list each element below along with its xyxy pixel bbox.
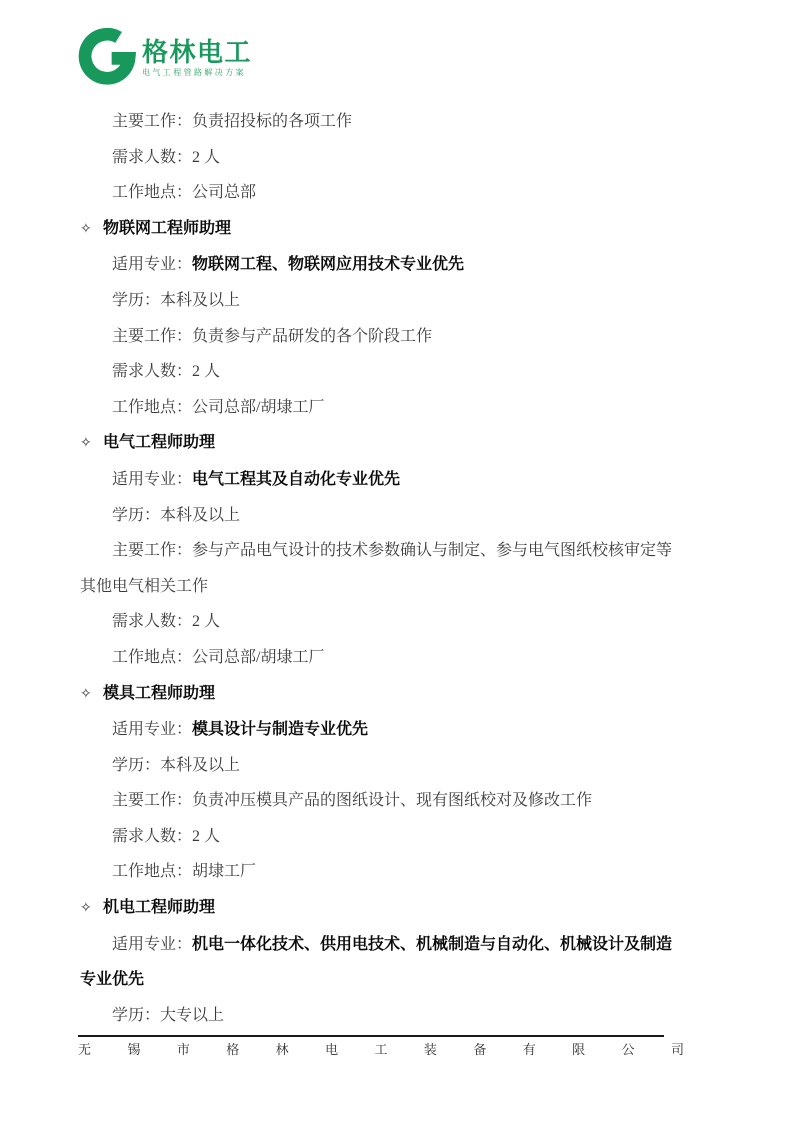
- diamond-bullet-icon: ✧: [80, 677, 103, 713]
- footer-company-name: 无锡市格林电工装备有限公司: [78, 1040, 684, 1060]
- field-value: 模具设计与制造专业优先: [192, 721, 368, 738]
- job-title: ✧模具工程师助理: [80, 676, 677, 713]
- field-label: 适用专业：: [112, 721, 192, 738]
- document-body: 主要工作：负责招投标的各项工作 需求人数：2 人 工作地点：公司总部 ✧物联网工…: [80, 104, 677, 1033]
- field-label: 学历：: [112, 507, 160, 524]
- job-title-text: 模具工程师助理: [103, 685, 215, 702]
- field-value: 负责招投标的各项工作: [192, 113, 352, 130]
- field-line: 工作地点：公司总部: [80, 175, 677, 211]
- field-line: 学历：本科及以上: [80, 498, 677, 534]
- job-title: ✧机电工程师助理: [80, 890, 677, 927]
- field-value: 2 人: [192, 149, 220, 166]
- diamond-bullet-icon: ✧: [80, 426, 103, 462]
- field-value: 大专以上: [160, 1007, 224, 1024]
- field-value: 公司总部/胡埭工厂: [192, 399, 324, 416]
- field-value: 负责参与产品研发的各个阶段工作: [192, 328, 432, 345]
- field-line: 适用专业：物联网工程、物联网应用技术专业优先: [80, 247, 677, 283]
- diamond-bullet-icon: ✧: [80, 891, 103, 927]
- field-label: 适用专业：: [112, 936, 192, 953]
- field-value: 公司总部/胡埭工厂: [192, 649, 324, 666]
- field-line: 工作地点：公司总部/胡埭工厂: [80, 640, 677, 676]
- field-label: 工作地点：: [112, 649, 192, 666]
- field-value: 电气工程其及自动化专业优先: [192, 471, 400, 488]
- field-label: 工作地点：: [112, 863, 192, 880]
- field-value: 胡埭工厂: [192, 863, 256, 880]
- job-title-text: 物联网工程师助理: [103, 220, 231, 237]
- field-label: 学历：: [112, 757, 160, 774]
- footer-divider: [78, 1035, 664, 1037]
- field-value: 物联网工程、物联网应用技术专业优先: [192, 256, 464, 273]
- field-label: 主要工作：: [112, 113, 192, 130]
- field-label: 工作地点：: [112, 399, 192, 416]
- field-label: 需求人数：: [112, 149, 192, 166]
- field-line: 适用专业：模具设计与制造专业优先: [80, 712, 677, 748]
- field-line: 学历：本科及以上: [80, 748, 677, 784]
- field-label: 适用专业：: [112, 256, 192, 273]
- field-line: 适用专业：电气工程其及自动化专业优先: [80, 462, 677, 498]
- field-line: 学历：本科及以上: [80, 283, 677, 319]
- field-label: 需求人数：: [112, 828, 192, 845]
- field-line: 需求人数：2 人: [80, 604, 677, 640]
- logo-company-name: 格林电工: [142, 39, 252, 65]
- field-label: 学历：: [112, 292, 160, 309]
- logo-tagline: 电气工程管路解决方案: [142, 69, 252, 77]
- field-label: 工作地点：: [112, 184, 192, 201]
- job-section: ✧物联网工程师助理 适用专业：物联网工程、物联网应用技术专业优先 学历：本科及以…: [80, 211, 677, 426]
- field-label: 适用专业：: [112, 471, 192, 488]
- field-label: 学历：: [112, 1007, 160, 1024]
- field-line: 需求人数：2 人: [80, 140, 677, 176]
- field-value: 本科及以上: [160, 507, 240, 524]
- job-title: ✧物联网工程师助理: [80, 211, 677, 248]
- field-label: 需求人数：: [112, 613, 192, 630]
- field-line: 学历：大专以上: [80, 998, 677, 1034]
- job-section: ✧模具工程师助理 适用专业：模具设计与制造专业优先 学历：本科及以上 主要工作：…: [80, 676, 677, 891]
- field-line: 主要工作：参与产品电气设计的技术参数确认与制定、参与电气图纸校核审定等其他电气相…: [80, 533, 677, 604]
- field-line: 主要工作：负责冲压模具产品的图纸设计、现有图纸校对及修改工作: [80, 783, 677, 819]
- field-label: 主要工作：: [112, 328, 192, 345]
- field-value: 本科及以上: [160, 292, 240, 309]
- field-value: 负责冲压模具产品的图纸设计、现有图纸校对及修改工作: [192, 792, 592, 809]
- field-line: 主要工作：负责招投标的各项工作: [80, 104, 677, 140]
- field-label: 主要工作：: [112, 792, 192, 809]
- field-line: 主要工作：负责参与产品研发的各个阶段工作: [80, 319, 677, 355]
- job-section: 主要工作：负责招投标的各项工作 需求人数：2 人 工作地点：公司总部: [80, 104, 677, 211]
- job-title: ✧电气工程师助理: [80, 425, 677, 462]
- field-value: 2 人: [192, 613, 220, 630]
- field-value: 公司总部: [192, 184, 256, 201]
- logo-text: 格林电工 电气工程管路解决方案: [142, 39, 252, 77]
- field-value: 2 人: [192, 363, 220, 380]
- field-line: 需求人数：2 人: [80, 354, 677, 390]
- job-section: ✧电气工程师助理 适用专业：电气工程其及自动化专业优先 学历：本科及以上 主要工…: [80, 425, 677, 675]
- company-logo: 格林电工 电气工程管路解决方案: [78, 27, 252, 85]
- field-value: 本科及以上: [160, 757, 240, 774]
- logo-g-icon: [78, 27, 136, 85]
- document-page: 格林电工 电气工程管路解决方案 主要工作：负责招投标的各项工作 需求人数：2 人…: [0, 0, 794, 1123]
- job-title-text: 电气工程师助理: [103, 434, 215, 451]
- job-title-text: 机电工程师助理: [103, 899, 215, 916]
- field-line: 需求人数：2 人: [80, 819, 677, 855]
- field-line: 适用专业：机电一体化技术、供用电技术、机械制造与自动化、机械设计及制造专业优先: [80, 927, 677, 998]
- field-value: 2 人: [192, 828, 220, 845]
- field-label: 需求人数：: [112, 363, 192, 380]
- field-label: 主要工作：: [112, 542, 192, 559]
- job-section: ✧机电工程师助理 适用专业：机电一体化技术、供用电技术、机械制造与自动化、机械设…: [80, 890, 677, 1033]
- diamond-bullet-icon: ✧: [80, 212, 103, 248]
- field-line: 工作地点：胡埭工厂: [80, 854, 677, 890]
- field-line: 工作地点：公司总部/胡埭工厂: [80, 390, 677, 426]
